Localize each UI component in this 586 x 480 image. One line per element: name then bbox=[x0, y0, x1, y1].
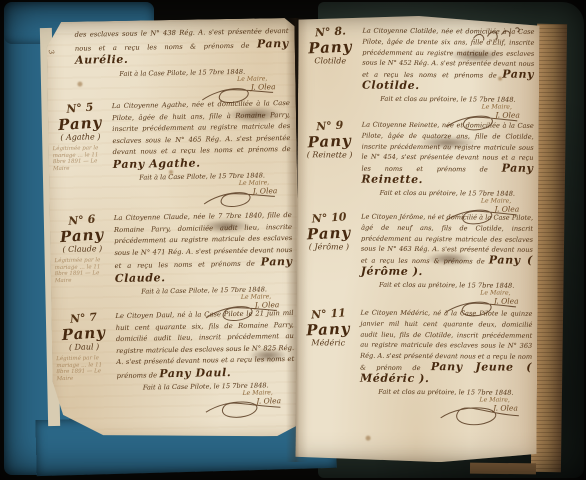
entry-text: Le Citoyen Jérôme, né et domicilié à la … bbox=[361, 212, 533, 280]
foxing-spot bbox=[498, 77, 502, 81]
proclaimed-name: Pany Agathe. bbox=[113, 156, 201, 171]
signature-block: J. Olea bbox=[113, 186, 291, 209]
entry-text: La Citoyenne Reinette, née et domiciliée… bbox=[361, 120, 533, 188]
entry-surname: Pany bbox=[301, 131, 358, 152]
closing-formula: Fait et clos au prétoire, le 15 7bre 184… bbox=[362, 94, 534, 103]
proclaimed-name: Pany Daul. bbox=[159, 366, 231, 380]
entry-margin: N° 5 Pany ( Agathe ) Légitimée par le ma… bbox=[52, 101, 109, 172]
entry-margin: N° 6 Pany ( Claude ) Légitimée par le ma… bbox=[54, 213, 111, 284]
entry-given-name: Clotilde bbox=[302, 56, 358, 65]
margin-annotation: Légitimée par le mariage … le 11 8bre 18… bbox=[53, 145, 109, 172]
register-entry-10: N° 10 Pany ( Jérôme ) Le Citoyen Jérôme,… bbox=[300, 211, 533, 316]
signature: J. Olea bbox=[251, 82, 276, 91]
register-entry-9: N° 9 Pany ( Reinette ) La Citoyenne Rein… bbox=[301, 119, 534, 224]
entry-text: La Citoyenne Clotilde, née et domiciliée… bbox=[362, 26, 534, 94]
closing-formula: Fait et clos au prétoire, le 15 7bre 184… bbox=[360, 387, 532, 396]
signature: J. Olea bbox=[493, 403, 518, 412]
entry-given-name: ( Reinette ) bbox=[302, 150, 358, 159]
register-page-right: N° 8. Pany Clotilde La Citoyenne Clotild… bbox=[295, 15, 539, 463]
register-page-left: 3 des esclaves sous le N° 438 Rég. A. s'… bbox=[46, 18, 301, 440]
entry-surname: Pany bbox=[301, 223, 358, 244]
entry-text: La Citoyenne Claude, née le 7 7bre 1840,… bbox=[114, 210, 293, 286]
entry-margin: N° 7 Pany ( Daul ) Légitimé par le maria… bbox=[55, 311, 112, 382]
foxing-spot bbox=[77, 82, 82, 87]
ink-smudge bbox=[425, 252, 473, 265]
signature: J. Olea bbox=[256, 396, 281, 405]
ink-smudge bbox=[418, 136, 478, 149]
register-entry-7: N° 7 Pany ( Daul ) Légitimé par le maria… bbox=[55, 308, 295, 420]
closing-formula: Fait et clos au prétoire, le 15 7bre 184… bbox=[361, 188, 533, 197]
margin-annotation: Légitimé par le mariage … le 11 8bre 189… bbox=[56, 355, 112, 382]
register-book-photo: 3 des esclaves sous le N° 438 Rég. A. s'… bbox=[0, 0, 586, 480]
entry-margin: N° 11 Pany Médéric bbox=[300, 307, 356, 347]
register-entry-11: N° 11 Pany Médéric Le Citoyen Médéric, n… bbox=[300, 307, 533, 423]
foxing-spot bbox=[169, 170, 173, 174]
bottom-board-edge bbox=[470, 463, 536, 475]
closing-formula: Fait et clos au prétoire, le 15 7bre 184… bbox=[361, 280, 533, 289]
signature-block: J. Olea bbox=[117, 396, 295, 419]
entry-margin: N° 10 Pany ( Jérôme ) bbox=[301, 211, 357, 251]
entry-given-name: Médéric bbox=[300, 338, 356, 347]
entry-text: Le Citoyen Médéric, né à la Case Pilote … bbox=[360, 308, 533, 387]
signature: J. Olea bbox=[495, 110, 520, 119]
signature: J. Olea bbox=[494, 296, 519, 305]
entry-margin: N° 9 Pany ( Reinette ) bbox=[302, 119, 358, 159]
signature: J. Olea bbox=[253, 186, 278, 195]
entry-text: des esclaves sous le N° 438 Rég. A. s'es… bbox=[75, 26, 290, 68]
entry-text: Le Citoyen Daul, né à la Case Pilote le … bbox=[115, 308, 294, 382]
foxing-spot bbox=[366, 436, 371, 441]
entry-given-name: ( Jérôme ) bbox=[301, 242, 357, 251]
register-entry-continuation: des esclaves sous le N° 438 Rég. A. s'es… bbox=[51, 26, 290, 106]
proclaimed-name: Pany Claude. bbox=[115, 255, 293, 285]
register-entry-6: N° 6 Pany ( Claude ) Légitimée par le ma… bbox=[54, 210, 294, 324]
margin-annotation: Légitimée par le mariage … le 11 8bre 18… bbox=[54, 257, 110, 284]
ink-smudge bbox=[448, 48, 504, 62]
entry-surname: Pany bbox=[302, 37, 359, 58]
entry-margin: N° 8. Pany Clotilde bbox=[302, 25, 358, 65]
entry-surname: Pany bbox=[300, 319, 357, 340]
signature-block: J. Olea bbox=[360, 402, 532, 423]
